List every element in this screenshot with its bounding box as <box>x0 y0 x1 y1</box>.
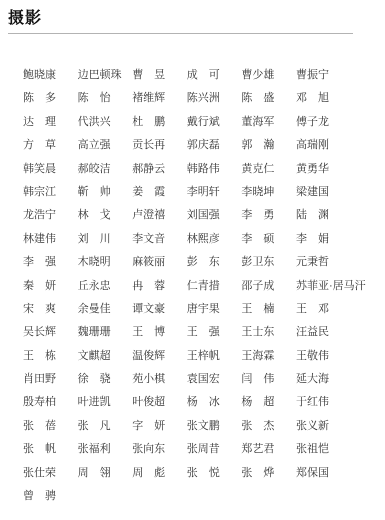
name-row: 方草高立强贡长再郭庆磊郭瀚高瑞刚 <box>0 134 385 157</box>
name-item: 郑保国 <box>296 462 329 485</box>
name-item: 张祖恺 <box>296 438 329 461</box>
name-item: 彭卫东 <box>241 251 274 274</box>
name-item: 王士东 <box>241 321 274 344</box>
name-item: 王梓帆 <box>187 345 220 368</box>
name-item: 王强 <box>187 321 220 344</box>
name-item: 元秉哲 <box>296 251 329 274</box>
name-item: 龙浩宁 <box>23 204 56 227</box>
name-row: 宋爽余曼佳谭文豪唐宇果王楠王邓 <box>0 298 385 321</box>
name-item: 刘川 <box>78 228 111 251</box>
name-item: 邵子成 <box>241 275 274 298</box>
name-item: 陈多 <box>23 87 56 110</box>
name-item: 杜鹏 <box>132 111 165 134</box>
name-item: 傅子龙 <box>296 111 329 134</box>
name-item: 木晓明 <box>78 251 111 274</box>
name-item: 邓旭 <box>296 87 329 110</box>
name-item: 张福利 <box>78 438 111 461</box>
name-item: 郭庆磊 <box>187 134 220 157</box>
name-item: 余曼佳 <box>78 298 111 321</box>
name-item: 董海军 <box>241 111 274 134</box>
name-item: 鲍晓康 <box>23 64 56 87</box>
name-item: 王博 <box>132 321 165 344</box>
name-item: 林熙彦 <box>187 228 220 251</box>
name-item: 李娟 <box>296 228 329 251</box>
name-row: 达理代洪兴杜鹏戴行斌董海军傅子龙 <box>0 111 385 134</box>
name-item: 闫伟 <box>241 368 274 391</box>
name-item: 杨冰 <box>187 391 220 414</box>
name-item: 吴长辉 <box>23 321 56 344</box>
name-item: 彭东 <box>187 251 220 274</box>
name-item: 魏珊珊 <box>78 321 111 344</box>
name-row: 曾骋 <box>0 485 385 508</box>
name-item: 陈怡 <box>78 87 111 110</box>
name-item: 杨超 <box>241 391 274 414</box>
name-item: 成可 <box>187 64 220 87</box>
credits-page: 摄影 鲍晓康边巴顿珠曹昱成可曹少雄曹振宁陈多陈怡褚维辉陈兴洲陈盛邓旭达理代洪兴杜… <box>0 0 385 520</box>
name-item: 宋爽 <box>23 298 56 321</box>
name-item: 秦妍 <box>23 275 56 298</box>
name-row: 秦妍丘永忠冉蓉仁青措邵子成苏菲亚·居马汗 <box>0 275 385 298</box>
name-item: 袁国宏 <box>187 368 220 391</box>
name-row: 张仕荣周翎周彪张悦张烨郑保国 <box>0 462 385 485</box>
name-row: 吴长辉魏珊珊王博王强王士东汪益民 <box>0 321 385 344</box>
name-item: 王楠 <box>241 298 274 321</box>
name-item: 温俊辉 <box>132 345 165 368</box>
name-item: 张周昔 <box>187 438 220 461</box>
name-item: 曹振宁 <box>296 64 329 87</box>
name-item: 张义新 <box>296 415 329 438</box>
name-item: 于红伟 <box>296 391 329 414</box>
name-item: 韩路伟 <box>187 158 220 181</box>
name-item: 丘永忠 <box>78 275 111 298</box>
name-item: 曹昱 <box>132 64 165 87</box>
name-item: 曹少雄 <box>241 64 274 87</box>
name-item: 延大海 <box>296 368 329 391</box>
name-item: 郝皎洁 <box>78 158 111 181</box>
name-item: 叶俊超 <box>132 391 165 414</box>
name-item: 郝静云 <box>132 158 165 181</box>
name-item: 靳帅 <box>78 181 111 204</box>
name-row: 李强木晓明麻筱丽彭东彭卫东元秉哲 <box>0 251 385 274</box>
name-item: 郑艺君 <box>241 438 274 461</box>
name-row: 林建伟刘川李文音林熙彦李硕李娟 <box>0 228 385 251</box>
name-item: 张蓓 <box>23 415 56 438</box>
name-item: 达理 <box>23 111 56 134</box>
name-item: 陈兴洲 <box>187 87 220 110</box>
name-item: 苏菲亚·居马汗 <box>296 275 366 298</box>
name-row: 王栋文麒超温俊辉王梓帆王海霖王敬伟 <box>0 345 385 368</box>
name-row: 肖田野徐骁苑小棋袁国宏闫伟延大海 <box>0 368 385 391</box>
name-item: 王敬伟 <box>296 345 329 368</box>
name-row: 殷寿柏叶进凯叶俊超杨冰杨超于红伟 <box>0 391 385 414</box>
name-row: 鲍晓康边巴顿珠曹昱成可曹少雄曹振宁 <box>0 64 385 87</box>
name-item: 李强 <box>23 251 56 274</box>
name-item: 姜霞 <box>132 181 165 204</box>
name-item: 方草 <box>23 134 56 157</box>
name-item: 周翎 <box>78 462 111 485</box>
name-row: 韩笑晨郝皎洁郝静云韩路伟黄克仁黄勇华 <box>0 158 385 181</box>
name-item: 张凡 <box>78 415 111 438</box>
name-item: 高立强 <box>78 134 111 157</box>
name-item: 周彪 <box>132 462 165 485</box>
name-item: 梁建国 <box>296 181 329 204</box>
name-item: 张向东 <box>132 438 165 461</box>
name-item: 边巴顿珠 <box>78 64 122 87</box>
name-item: 林戈 <box>78 204 111 227</box>
name-item: 卢澄禧 <box>132 204 165 227</box>
page-title: 摄影 <box>8 5 42 28</box>
name-item: 文麒超 <box>78 345 111 368</box>
names-grid: 鲍晓康边巴顿珠曹昱成可曹少雄曹振宁陈多陈怡褚维辉陈兴洲陈盛邓旭达理代洪兴杜鹏戴行… <box>0 64 385 508</box>
name-item: 王邓 <box>296 298 329 321</box>
name-item: 仁青措 <box>187 275 220 298</box>
name-item: 黄克仁 <box>241 158 274 181</box>
name-item: 张帆 <box>23 438 56 461</box>
name-item: 麻筱丽 <box>132 251 165 274</box>
name-item: 肖田野 <box>23 368 56 391</box>
name-item: 陆渊 <box>296 204 329 227</box>
name-item: 褚维辉 <box>132 87 165 110</box>
name-item: 刘国强 <box>187 204 220 227</box>
name-row: 张蓓张凡字妍张文鹏张杰张义新 <box>0 415 385 438</box>
name-item: 张烨 <box>241 462 274 485</box>
name-item: 李明轩 <box>187 181 220 204</box>
name-item: 苑小棋 <box>132 368 165 391</box>
name-item: 字妍 <box>132 415 165 438</box>
name-item: 代洪兴 <box>78 111 111 134</box>
name-item: 王栋 <box>23 345 56 368</box>
name-item: 林建伟 <box>23 228 56 251</box>
title-divider <box>8 33 353 34</box>
name-item: 贡长再 <box>132 134 165 157</box>
name-item: 张文鹏 <box>187 415 220 438</box>
name-item: 张杰 <box>241 415 274 438</box>
name-item: 张悦 <box>187 462 220 485</box>
name-item: 殷寿柏 <box>23 391 56 414</box>
name-item: 冉蓉 <box>132 275 165 298</box>
name-item: 郭瀚 <box>241 134 274 157</box>
name-item: 高瑞刚 <box>296 134 329 157</box>
name-item: 李晓坤 <box>241 181 274 204</box>
name-item: 陈盛 <box>241 87 274 110</box>
name-row: 张帆张福利张向东张周昔郑艺君张祖恺 <box>0 438 385 461</box>
name-item: 李硕 <box>241 228 274 251</box>
name-item: 李文音 <box>132 228 165 251</box>
name-item: 徐骁 <box>78 368 111 391</box>
name-item: 汪益民 <box>296 321 329 344</box>
name-item: 韩笑晨 <box>23 158 56 181</box>
name-item: 韩宗江 <box>23 181 56 204</box>
name-item: 叶进凯 <box>78 391 111 414</box>
name-item: 唐宇果 <box>187 298 220 321</box>
name-item: 王海霖 <box>241 345 274 368</box>
name-item: 戴行斌 <box>187 111 220 134</box>
name-item: 张仕荣 <box>23 462 56 485</box>
name-item: 谭文豪 <box>132 298 165 321</box>
name-item: 曾骋 <box>23 485 56 508</box>
name-item: 李勇 <box>241 204 274 227</box>
name-row: 陈多陈怡褚维辉陈兴洲陈盛邓旭 <box>0 87 385 110</box>
name-row: 龙浩宁林戈卢澄禧刘国强李勇陆渊 <box>0 204 385 227</box>
name-row: 韩宗江靳帅姜霞李明轩李晓坤梁建国 <box>0 181 385 204</box>
name-item: 黄勇华 <box>296 158 329 181</box>
